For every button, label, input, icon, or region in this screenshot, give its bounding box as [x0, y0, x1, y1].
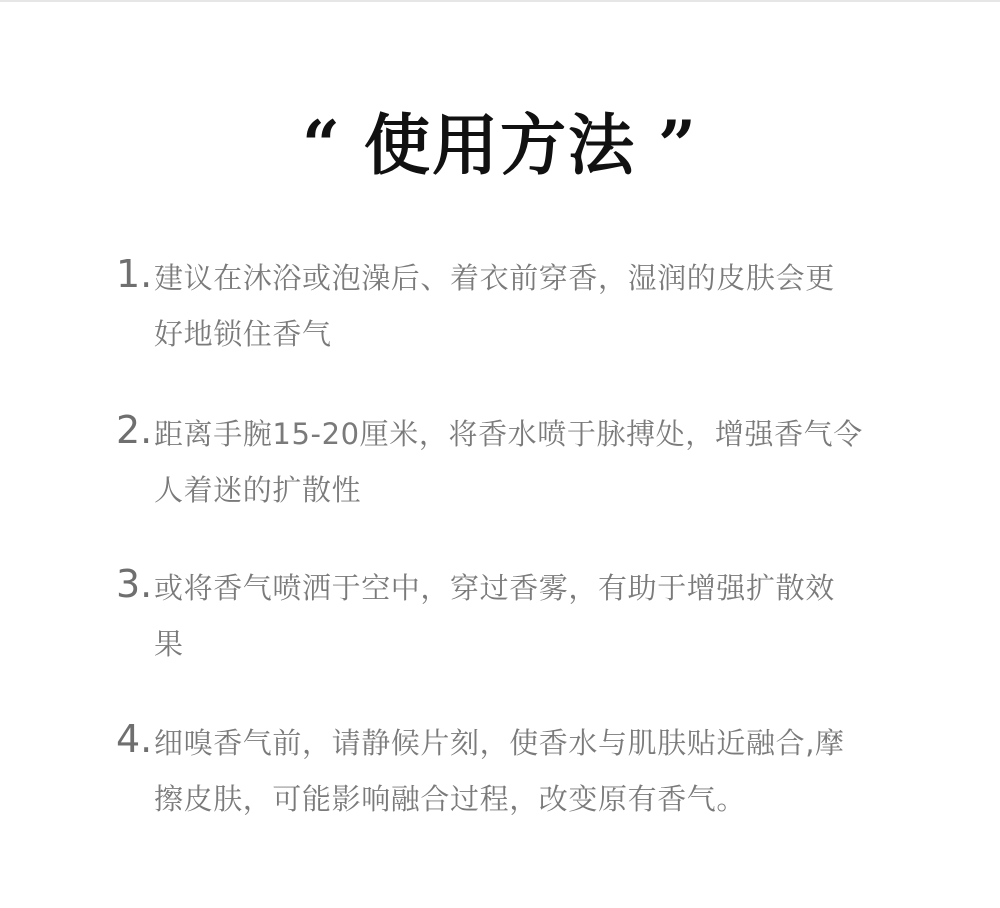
page-title: “使用方法” — [0, 100, 1000, 190]
step-text-line2: 好地锁住香气 — [154, 314, 332, 354]
step-text-line1: 或将香气喷洒于空中，穿过香雾，有助于增强扩散效 — [154, 568, 835, 608]
step-text-line1: 距离手腕15-20厘米，将香水喷于脉搏处，增强香气令 — [154, 414, 863, 454]
step-text-line2: 人着迷的扩散性 — [154, 470, 361, 510]
step-number: 2. — [116, 408, 152, 452]
title-text: 使用方法 — [364, 106, 636, 184]
step-number: 1. — [116, 252, 152, 296]
step-text-line1: 建议在沐浴或泡澡后、着衣前穿香，湿润的皮肤会更 — [154, 258, 835, 298]
step-text-line2: 果 — [154, 624, 184, 664]
close-quote: ” — [658, 106, 698, 184]
top-divider — [0, 0, 1000, 2]
step-number: 3. — [116, 562, 152, 606]
open-quote: “ — [302, 106, 342, 184]
step-text-line2: 擦皮肤，可能影响融合过程，改变原有香气。 — [154, 779, 746, 819]
step-text-line1: 细嗅香气前，请静候片刻，使香水与肌肤贴近融合,摩 — [154, 723, 845, 763]
step-number: 4. — [116, 717, 152, 761]
